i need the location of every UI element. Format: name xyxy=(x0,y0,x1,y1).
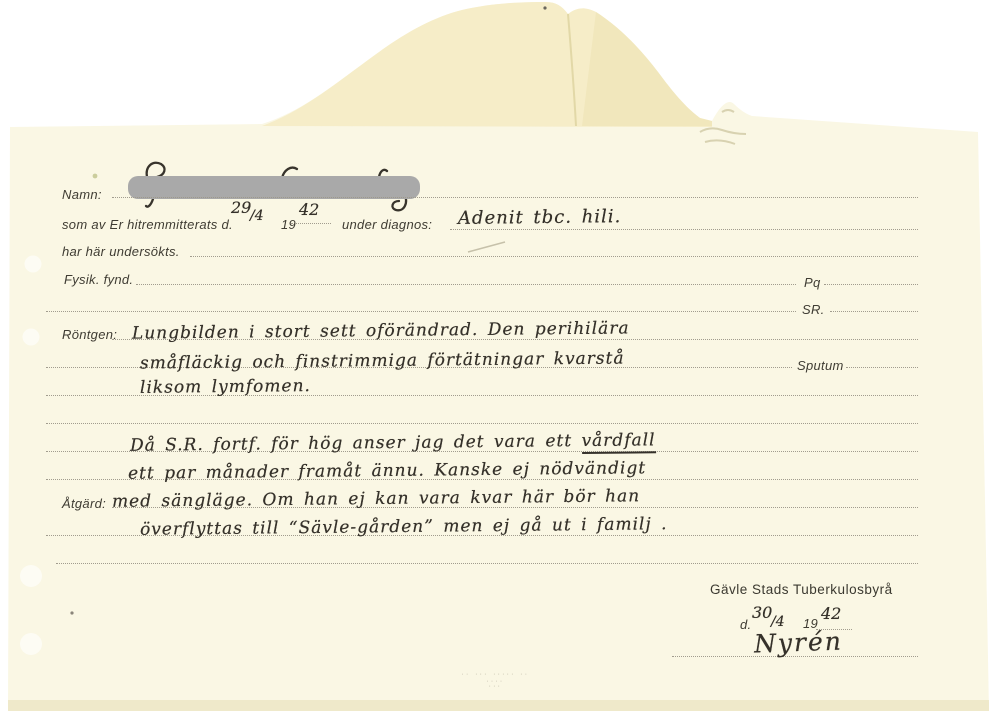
referral-century: 19 xyxy=(281,218,296,232)
referral-day-handwritten: 29 xyxy=(231,200,251,216)
action-line1-underlined-word: vårdfall xyxy=(581,430,655,454)
pq-label: Pq xyxy=(804,276,821,290)
ruled-line xyxy=(46,423,918,424)
ruled-line xyxy=(136,284,796,285)
fold-shadow xyxy=(582,12,712,126)
referral-label: som av Er hitremmitterats d. xyxy=(62,218,233,232)
year-dotted-line xyxy=(291,223,331,224)
punch-hole xyxy=(23,329,40,346)
punch-hole xyxy=(25,256,42,273)
ruled-line xyxy=(56,563,918,564)
physical-findings-label: Fysik. fynd. xyxy=(64,273,133,287)
punch-hole xyxy=(20,565,42,587)
ruled-line xyxy=(824,284,918,285)
paper-speck xyxy=(70,611,73,614)
referral-year-handwritten: 42 xyxy=(299,202,319,218)
sr-label: SR. xyxy=(802,303,825,317)
ruled-line xyxy=(190,256,918,257)
signature-handwritten: Nyrén xyxy=(754,628,844,656)
diagnosis-value-handwritten: Adenit tbc. hili. xyxy=(458,207,622,229)
sputum-label: Sputum xyxy=(797,359,844,373)
bottom-edge-shade xyxy=(8,700,989,711)
action-label: Åtgärd: xyxy=(62,497,106,511)
examined-label: har här undersökts. xyxy=(62,245,180,259)
punch-hole xyxy=(20,633,42,655)
paper-speck xyxy=(93,174,98,179)
date-month-handwritten: /4 xyxy=(771,615,785,629)
xray-label: Röntgen: xyxy=(62,328,117,342)
date-year-handwritten: 42 xyxy=(821,606,841,622)
paper-speck xyxy=(543,6,546,9)
referral-month-handwritten: /4 xyxy=(250,209,264,223)
date-day-handwritten: 30 xyxy=(752,605,772,621)
scanned-medical-form: Namn: som av Er hitremmitterats d. 19 un… xyxy=(0,0,1000,711)
xray-handwritten-line: liksom lymfomen. xyxy=(140,377,311,397)
organization-name: Gävle Stads Tuberkulosbyrå xyxy=(710,583,893,598)
date-prefix: d. xyxy=(740,618,751,632)
ruled-line xyxy=(830,311,918,312)
diagnosis-label: under diagnos: xyxy=(342,218,432,232)
name-label: Namn: xyxy=(62,188,102,202)
ruled-line xyxy=(450,229,918,230)
ruled-line xyxy=(46,311,796,312)
redaction-bar xyxy=(128,176,420,199)
printer-imprint: ··· xyxy=(455,684,535,691)
ruled-line xyxy=(846,367,918,368)
